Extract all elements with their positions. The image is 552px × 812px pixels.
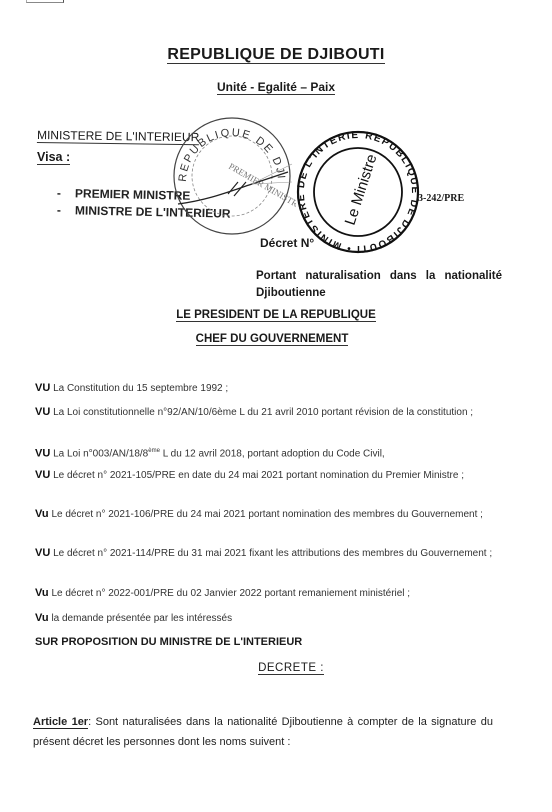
decrete-heading-text: DECRETE : bbox=[258, 662, 324, 675]
country-title: REPUBLIQUE DE DJIBOUTI bbox=[0, 46, 552, 64]
article-1-text: : Sont naturalisées dans la nationalité … bbox=[33, 716, 493, 748]
authority-line-2: CHEF DU GOUVERNEMENT bbox=[0, 333, 552, 345]
consideration-text: Le décret n° 2021-106/PRE du 24 mai 2021… bbox=[51, 509, 482, 520]
country-title-text: REPUBLIQUE DE DJIBOUTI bbox=[167, 46, 384, 64]
scan-corner-mark bbox=[26, 0, 64, 3]
demande-line: Vu la demande présentée par les intéress… bbox=[35, 612, 232, 624]
consideration-text: L du 12 avril 2018, portant adoption du … bbox=[160, 448, 385, 459]
authority-line-1: LE PRESIDENT DE LA REPUBLIQUE bbox=[0, 309, 552, 321]
article-1: Article 1er: Sont naturalisées dans la n… bbox=[33, 712, 493, 752]
consideration-text: Le décret n° 2021-105/PRE en date du 24 … bbox=[53, 470, 464, 481]
demande-text: la demande présentée par les intéressés bbox=[51, 613, 232, 624]
svg-text:Le Ministre: Le Ministre bbox=[342, 152, 381, 227]
consideration-text: La Constitution du 15 septembre 1992 ; bbox=[53, 383, 228, 394]
consideration-item: Vu Le décret n° 2021-106/PRE du 24 mai 2… bbox=[35, 508, 495, 521]
consideration-item: VU La Constitution du 15 septembre 1992 … bbox=[35, 382, 495, 395]
consideration-prefix: VU bbox=[35, 547, 50, 559]
consideration-item: VU La Loi constitutionnelle n°92/AN/10/6… bbox=[35, 406, 495, 419]
visa-label: Visa : bbox=[37, 150, 70, 165]
consideration-item: VU Le décret n° 2021-114/PRE du 31 mai 2… bbox=[35, 547, 495, 560]
article-1-label: Article 1er bbox=[33, 716, 88, 729]
svg-text:PREMIER MINISTRE: PREMIER MINISTRE bbox=[227, 161, 296, 212]
consideration-text: Le décret n° 2022-001/PRE du 02 Janvier … bbox=[51, 588, 410, 599]
consideration-item: VU La Loi n°003/AN/18/8ème L du 12 avril… bbox=[35, 445, 495, 460]
proposition-line: SUR PROPOSITION DU MINISTRE DE L'INTERIE… bbox=[35, 636, 302, 648]
authority-line-2-text: CHEF DU GOUVERNEMENT bbox=[196, 333, 349, 346]
consideration-prefix: Vu bbox=[35, 587, 49, 599]
consideration-prefix: VU bbox=[35, 382, 50, 394]
decree-page: REPUBLIQUE DE DJIBOUTI Unité - Egalité –… bbox=[0, 0, 552, 812]
decrete-heading: DECRETE : bbox=[0, 662, 552, 674]
premier-ministre-stamp-icon: REPUBLIQUE DE DJIBOUTI PREMIER MINISTRE bbox=[168, 112, 296, 238]
authority-line-1-text: LE PRESIDENT DE LA REPUBLIQUE bbox=[176, 309, 376, 322]
decree-number: 3-242/PRE bbox=[418, 193, 464, 204]
consideration-text: La Loi n°003/AN/18/8 bbox=[53, 448, 148, 459]
consideration-prefix: Vu bbox=[35, 508, 49, 520]
demande-prefix: Vu bbox=[35, 612, 49, 624]
consideration-superscript: ème bbox=[148, 448, 160, 454]
consideration-prefix: VU bbox=[35, 406, 50, 418]
consideration-text: Le décret n° 2021-114/PRE du 31 mai 2021… bbox=[53, 548, 492, 559]
decree-label: Décret N° bbox=[260, 236, 314, 250]
decree-subject: Portant naturalisation dans la nationali… bbox=[256, 268, 502, 302]
consideration-item: Vu Le décret n° 2022-001/PRE du 02 Janvi… bbox=[35, 587, 495, 600]
consideration-item: VU Le décret n° 2021-105/PRE en date du … bbox=[35, 469, 495, 482]
consideration-prefix: VU bbox=[35, 469, 50, 481]
consideration-text: La Loi constitutionnelle n°92/AN/10/6ème… bbox=[53, 407, 473, 418]
national-motto-text: Unité - Egalité – Paix bbox=[217, 80, 335, 95]
national-motto: Unité - Egalité – Paix bbox=[0, 80, 552, 94]
svg-text:REPUBLIQUE DE DJIBOUTI: REPUBLIQUE DE DJIBOUTI bbox=[168, 112, 287, 182]
consideration-prefix: VU bbox=[35, 447, 50, 459]
